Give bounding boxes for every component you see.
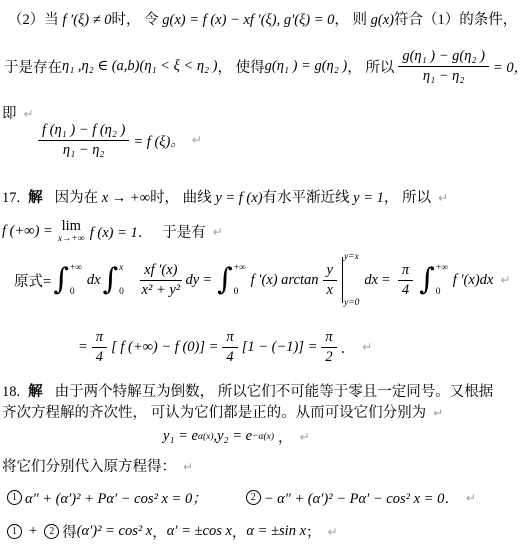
math-run: f (+∞) = (2, 223, 53, 240)
fraction-f-eta: f (η₁ ) − f (η₂ ) η₁ − η₂ (38, 122, 129, 158)
lower-bound: 0 (234, 287, 249, 297)
paragraph-mark-icon: ↵ (24, 107, 34, 121)
paragraph-mark-icon: ↵ (328, 525, 338, 539)
upper-bound: +∞ (436, 263, 451, 273)
circled-2-icon: 2 (44, 524, 59, 539)
text-run: ， 所以 (347, 56, 394, 77)
lower-bound: 0 (119, 287, 134, 297)
limit-operator: lim (62, 219, 81, 234)
problem-18-equations-line: 1 α″ + (α′)² + Pα′ − cos² x = 0； 2 − α″ … (4, 487, 476, 508)
paragraph-mark-icon: ↵ (433, 406, 443, 420)
integral-2: ∫ x 0 (103, 263, 135, 297)
math-run: α = ±sin x (246, 523, 306, 540)
denominator: x (327, 281, 333, 299)
fraction-pi-over-2: π 2 (321, 329, 336, 365)
exponent: −α(x) (252, 432, 274, 442)
text-run: 将它们分别代入原方程得： (2, 459, 176, 475)
numerator: y (323, 262, 337, 281)
lower-limit: y=0 (344, 298, 359, 308)
paragraph-mark-icon: ↵ (192, 133, 202, 147)
math-run: η₁ ,η₂ ∈ (a,b)(η₁ < ξ < η₂ ) (62, 58, 218, 75)
denominator: 4 (226, 348, 233, 366)
math-run: dy (186, 272, 200, 289)
fraction-pi-over-4: π 4 (222, 329, 237, 365)
plus-sign: + (29, 523, 37, 540)
comma: ， (232, 521, 247, 542)
text-run: ， 使得 (218, 56, 265, 77)
integral-bounds: +∞ 0 (234, 263, 249, 297)
text-run: 得 (62, 521, 77, 542)
paragraph-mark-icon: ↵ (213, 225, 223, 239)
problem-18-heading-line2: 齐次方程解的齐次性， 可认为它们都是正的。从而可设它们分别为↵ (2, 401, 443, 422)
denominator: 4 (402, 281, 409, 299)
math-run: [ f (+∞) − f (0)] = (111, 339, 218, 356)
solution-label: 解 (28, 190, 43, 206)
fraction-y-over-x: y x (323, 262, 337, 298)
denominator: x² + y² (142, 281, 181, 299)
upper-bound: +∞ (70, 263, 85, 273)
upper-limit: y=x (344, 252, 359, 262)
numerator: xf ′(x) (140, 262, 181, 281)
paragraph-2-line2: 于是存在 η₁ ,η₂ ∈ (a,b)(η₁ < ξ < η₂ ) ， 使得 g… (4, 48, 528, 84)
numerator: π (321, 329, 336, 348)
text-run: 于是存在 (4, 56, 62, 77)
numerator: g(η₁ ) − g(η₂ ) (398, 48, 489, 67)
math-run: α′ = ±cos x (167, 523, 232, 540)
equals-sign: = (202, 272, 212, 289)
math-run: x → +∞ (102, 190, 150, 206)
paragraph-mark-icon: ↵ (183, 460, 193, 474)
integral-bounds: x 0 (119, 263, 134, 297)
problem-17-integral-line: 原式= ∫ +∞ 0 dx ∫ x 0 xf ′(x) x² + y² dy =… (14, 252, 510, 308)
fraction-pi-over-4: π 4 (92, 329, 107, 365)
math-run: f ′(ξ) ≠ 0 (62, 12, 111, 28)
limit-subscript: x→+∞ (58, 235, 85, 245)
circled-1-icon: 1 (7, 490, 22, 505)
text-run: ， 所以 (384, 190, 431, 206)
numerator: π (222, 329, 237, 348)
math-run: = f (ξ)。 (133, 130, 184, 151)
denominator: η₁ − η₂ (423, 67, 465, 85)
lower-bound: 0 (436, 287, 451, 297)
paragraph-mark-icon: ↵ (362, 340, 372, 354)
upper-bound: x (119, 263, 134, 273)
math-run: g(x) = f (x) − xf ′(ξ), g′(ξ) = 0 (162, 12, 334, 28)
problem-17-limit-line: f (+∞) = lim x→+∞ f (x) = 1． 于是有 ↵ (2, 219, 223, 244)
problem-number: 17. (2, 190, 20, 206)
math-run: [1 − (−1)] = (242, 339, 318, 356)
comma: ， (152, 521, 167, 542)
math-run: y = f (x) (215, 190, 262, 206)
problem-18-sum-line: 1 + 2 得 (α′)² = cos² x ， α′ = ±cos x ， α… (4, 521, 338, 542)
paragraph-mark-icon: ↵ (500, 273, 510, 287)
upper-bound: +∞ (234, 263, 249, 273)
evaluation-limits: y=x y=0 (344, 252, 359, 308)
math-run: α″ + (α′)² + Pα′ − cos² x = 0； (25, 487, 207, 508)
integral-sign: ∫ (53, 267, 69, 293)
math-run: y₁ = e (163, 428, 198, 445)
math-run: g(η₁ ) = g(η₂ ) (265, 58, 348, 75)
text-run: 时， 令 (112, 12, 163, 28)
equals-sign: = (381, 272, 391, 289)
solution-label: 解 (28, 384, 43, 400)
numerator: π (92, 329, 107, 348)
circled-2-icon: 2 (246, 490, 261, 505)
math-run: = 0， (493, 56, 528, 77)
integral-3: ∫ +∞ 0 (217, 263, 249, 297)
paragraph-mark-icon: ↵ (466, 491, 476, 505)
text-run: 符合（1）的条件， (394, 12, 517, 28)
exponent: α(x) (198, 432, 214, 442)
text-run: 有水平渐近线 (263, 190, 354, 206)
denominator: 2 (325, 348, 332, 366)
paragraph-2-line1: （2）当 f ′(ξ) ≠ 0时， 令 g(x) = f (x) − xf ′(… (8, 8, 517, 29)
paragraph-2-line3: 即↵ (2, 102, 34, 123)
denominator: η₁ − η₂ (63, 141, 105, 159)
text-run: 即 (2, 106, 17, 122)
numerator: π (398, 262, 413, 281)
fraction-integrand: xf ′(x) x² + y² (140, 262, 181, 298)
text-run: 因为在 (55, 190, 102, 206)
math-run: f ′(x)dx (453, 272, 494, 289)
text-run: ， 则 (334, 12, 370, 28)
integral-1: ∫ +∞ 0 (53, 263, 85, 297)
problem-18-solutions-line: y₁ = eα(x),y₂ = e−α(x)， ↵ (163, 426, 310, 447)
integral-sign: ∫ (217, 267, 233, 293)
period: ． (341, 337, 356, 358)
paragraph-mark-icon: ↵ (300, 430, 310, 444)
problem-17-heading: 17.解因为在 x → +∞时， 曲线 y = f (x)有水平渐近线 y = … (2, 186, 448, 207)
paragraph-2-display-equation: f (η₁ ) − f (η₂ ) η₁ − η₂ = f (ξ)。 ↵ (34, 122, 202, 158)
math-run: dx (364, 272, 378, 289)
problem-18-heading-line1: 18.解由于两个特解互为倒数， 所以它们不可能等于零且一定同号。又根据 (2, 380, 493, 401)
numerator: f (η₁ ) − f (η₂ ) (38, 122, 129, 141)
text-run: 于是有 (162, 221, 206, 242)
math-run: ,y₂ = e (213, 428, 252, 445)
math-run: (α′)² = cos² x (77, 523, 153, 540)
equals-sign: = (78, 339, 88, 356)
fraction-pi-over-4: π 4 (398, 262, 413, 298)
math-run: − α″ + (α′)² − Pα′ − cos² x = 0． (264, 487, 459, 508)
math-run: y = 1 (353, 190, 384, 206)
vertical-bar (342, 257, 343, 303)
problem-number: 18. (2, 384, 20, 400)
integral-bounds: +∞ 0 (436, 263, 451, 297)
text-run: 由于两个特解互为倒数， 所以它们不可能等于零且一定同号。又根据 (55, 384, 494, 400)
math-run: f (x) = 1． (90, 221, 153, 242)
paragraph-mark-icon: ↵ (438, 191, 448, 205)
circled-1-icon: 1 (7, 524, 22, 539)
semicolon: ； (306, 521, 321, 542)
math-run: g(x) (371, 12, 394, 28)
math-run: f ′(x) arctan (251, 272, 319, 289)
fraction-g-eta: g(η₁ ) − g(η₂ ) η₁ − η₂ (398, 48, 489, 84)
text-run: （2）当 (8, 12, 62, 28)
integral-bounds: +∞ 0 (70, 263, 85, 297)
lower-bound: 0 (70, 287, 85, 297)
text-run: 原式= (14, 270, 51, 291)
text-run: 时， 曲线 (150, 190, 215, 206)
math-run: dx (87, 272, 101, 289)
integral-sign: ∫ (419, 267, 435, 293)
integral-sign: ∫ (103, 267, 119, 293)
denominator: 4 (96, 348, 103, 366)
evaluation-bar: y=x y=0 (342, 252, 359, 308)
limit-block: lim x→+∞ (58, 219, 85, 244)
integral-4: ∫ +∞ 0 (419, 263, 451, 297)
document-page: （2）当 f ′(ξ) ≠ 0时， 令 g(x) = f (x) − xf ′(… (0, 0, 532, 549)
problem-17-result-line: = π 4 [ f (+∞) − f (0)] = π 4 [1 − (−1)]… (78, 329, 372, 365)
text-run: 齐次方程解的齐次性， 可认为它们都是正的。从而可设它们分别为 (2, 405, 426, 421)
comma: ， (278, 426, 293, 447)
problem-18-substitute-line: 将它们分别代入原方程得：↵ (2, 455, 193, 476)
